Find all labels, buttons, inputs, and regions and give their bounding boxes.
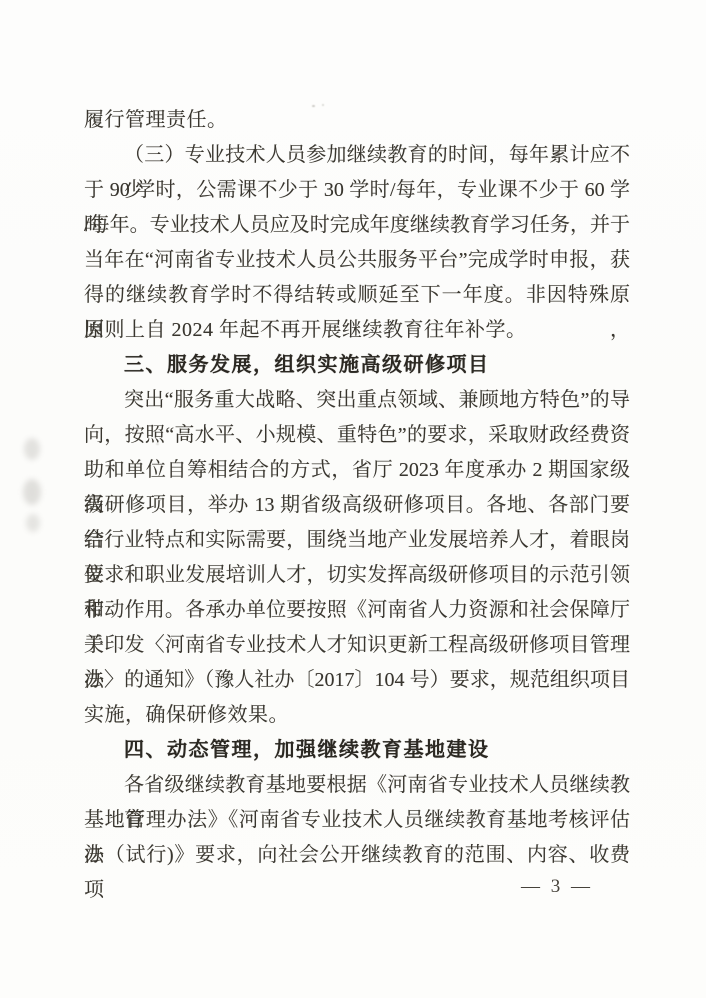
text-line: （三）专业技术人员参加继续教育的时间，每年累计应不少 <box>84 138 630 173</box>
text-line: 要求和职业发展培训人才，切实发挥高级研修项目的示范引领和 <box>84 558 630 593</box>
page-number: — 3 — <box>511 876 603 898</box>
text-line: 得的继续教育学时不得结转或顺延至下一年度。非因特殊原因， <box>84 278 630 313</box>
scan-smudge <box>24 438 40 460</box>
text-line: 法〉的通知》（豫人社办〔2017〕104 号）要求，规范组织项目 <box>84 663 630 698</box>
scan-smudge <box>23 479 41 505</box>
text-line: 向，按照“高水平、小规模、重特色”的要求，采取财政经费资 <box>84 418 630 453</box>
text-line: 突出“服务重大战略、突出重点领域、兼顾地方特色”的导 <box>84 383 630 418</box>
text-line: 各省级继续教育基地要根据《河南省专业技术人员继续教育 <box>84 768 630 803</box>
text-line: 基地管理办法》《河南省专业技术人员继续教育基地考核评估办 <box>84 803 630 838</box>
text-line: 于印发〈河南省专业技术人才知识更新工程高级研修项目管理办 <box>84 628 630 663</box>
document-body: 履行管理责任。（三）专业技术人员参加继续教育的时间，每年累计应不少于 90 学时… <box>84 103 630 873</box>
text-line: 合行业特点和实际需要，围绕当地产业发展培养人才，着眼岗位 <box>84 523 630 558</box>
text-line: 实施，确保研修效果。 <box>84 698 630 733</box>
text-line: 带动作用。各承办单位要按照《河南省人力资源和社会保障厅关 <box>84 593 630 628</box>
text-line: 级研修项目，举办 13 期省级高级研修项目。各地、各部门要结 <box>84 488 630 523</box>
text-line: 助和单位自筹相结合的方式，省厅 2023 年度承办 2 期国家级高 <box>84 453 630 488</box>
scan-smudge <box>26 514 40 532</box>
text-line: /每年。专业技术人员应及时完成年度继续教育学习任务，并于 <box>84 208 630 243</box>
section-heading: 三、服务发展，组织实施高级研修项目 <box>84 348 630 383</box>
text-line: 当年在“河南省专业技术人员公共服务平台”完成学时申报，获 <box>84 243 630 278</box>
section-heading: 四、动态管理，加强继续教育基地建设 <box>84 733 630 768</box>
text-line: 履行管理责任。 <box>84 103 630 138</box>
scanned-document-page: 履行管理责任。（三）专业技术人员参加继续教育的时间，每年累计应不少于 90 学时… <box>0 0 706 998</box>
text-line: 法（试行)》要求，向社会公开继续教育的范围、内容、收费项 <box>84 838 630 873</box>
text-line: 于 90 学时，公需课不少于 30 学时/每年，专业课不少于 60 学时 <box>84 173 630 208</box>
